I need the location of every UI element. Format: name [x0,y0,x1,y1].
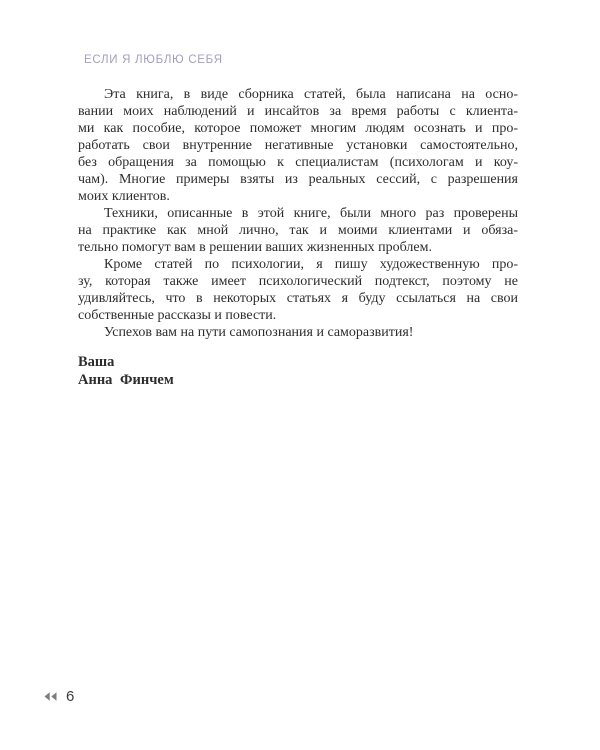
paragraph-line: Эта книга, в виде сборника статей, была … [78,86,518,103]
paragraph-line: моих клиентов. [78,188,518,205]
paragraph-line: работать свои внутренние негативные уста… [78,137,518,154]
signature-line: Анна Финчем [78,371,518,389]
paragraph-line: тельно помогут вам в решении ваших жизне… [78,239,518,256]
signature-line: Ваша [78,353,518,371]
paragraph-line: Кроме статей по психологии, я пишу худож… [78,256,518,273]
body-paragraphs: Эта книга, в виде сборника статей, была … [78,86,518,389]
paragraph-line: без обращения за помощью к специалистам … [78,154,518,171]
page-footer: 6 [44,688,74,704]
paragraph-line: ми как пособие, которое поможет многим л… [78,120,518,137]
book-page: ЕСЛИ Я ЛЮБЛЮ СЕБЯ Эта книга, в виде сбор… [0,0,600,750]
paragraph-line: чам). Многие примеры взяты из реальных с… [78,171,518,188]
paragraph-line: на практике как мной лично, так и моими … [78,222,518,239]
paragraph-line: Успехов вам на пути самопознания и самор… [78,324,518,341]
paragraph-line: удивляйтесь, что в некоторых статьях я б… [78,290,518,307]
page-number: 6 [66,688,74,705]
double-left-arrow-icon[interactable] [44,692,57,701]
signature-block: Ваша Анна Финчем [78,353,518,389]
running-header: ЕСЛИ Я ЛЮБЛЮ СЕБЯ [84,54,223,66]
paragraph-line: вании моих наблюдений и инсайтов за врем… [78,103,518,120]
paragraph-line: собственные рассказы и повести. [78,307,518,324]
paragraph-line: Техники, описанные в этой книге, были мн… [78,205,518,222]
paragraph-line: зу, которая также имеет психологический … [78,273,518,290]
